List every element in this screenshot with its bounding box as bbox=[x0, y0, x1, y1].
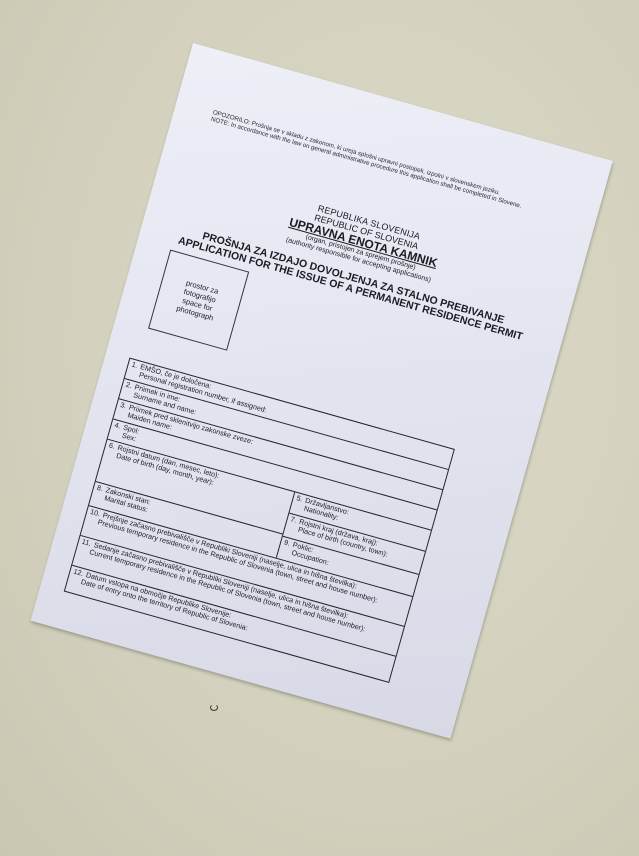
field-number: 7. bbox=[290, 514, 298, 524]
surface-speck bbox=[210, 704, 218, 711]
field-number: 4. bbox=[114, 420, 122, 430]
field-number: 2. bbox=[125, 380, 133, 390]
photo-box: prostor za fotografijo space for photogr… bbox=[148, 250, 249, 351]
field-number: 9. bbox=[283, 537, 291, 547]
field-number: 8. bbox=[96, 483, 104, 493]
field-number: 6. bbox=[108, 440, 116, 450]
field-number: 1. bbox=[131, 360, 139, 370]
field-number: 3. bbox=[119, 400, 127, 410]
application-form-paper: OPOZORILO: Prošnja se v skladu z zakonom… bbox=[31, 43, 613, 739]
field-number: 5. bbox=[296, 493, 304, 503]
form-table: 1.EMŠO, če je določena: Personal registr… bbox=[64, 358, 455, 683]
